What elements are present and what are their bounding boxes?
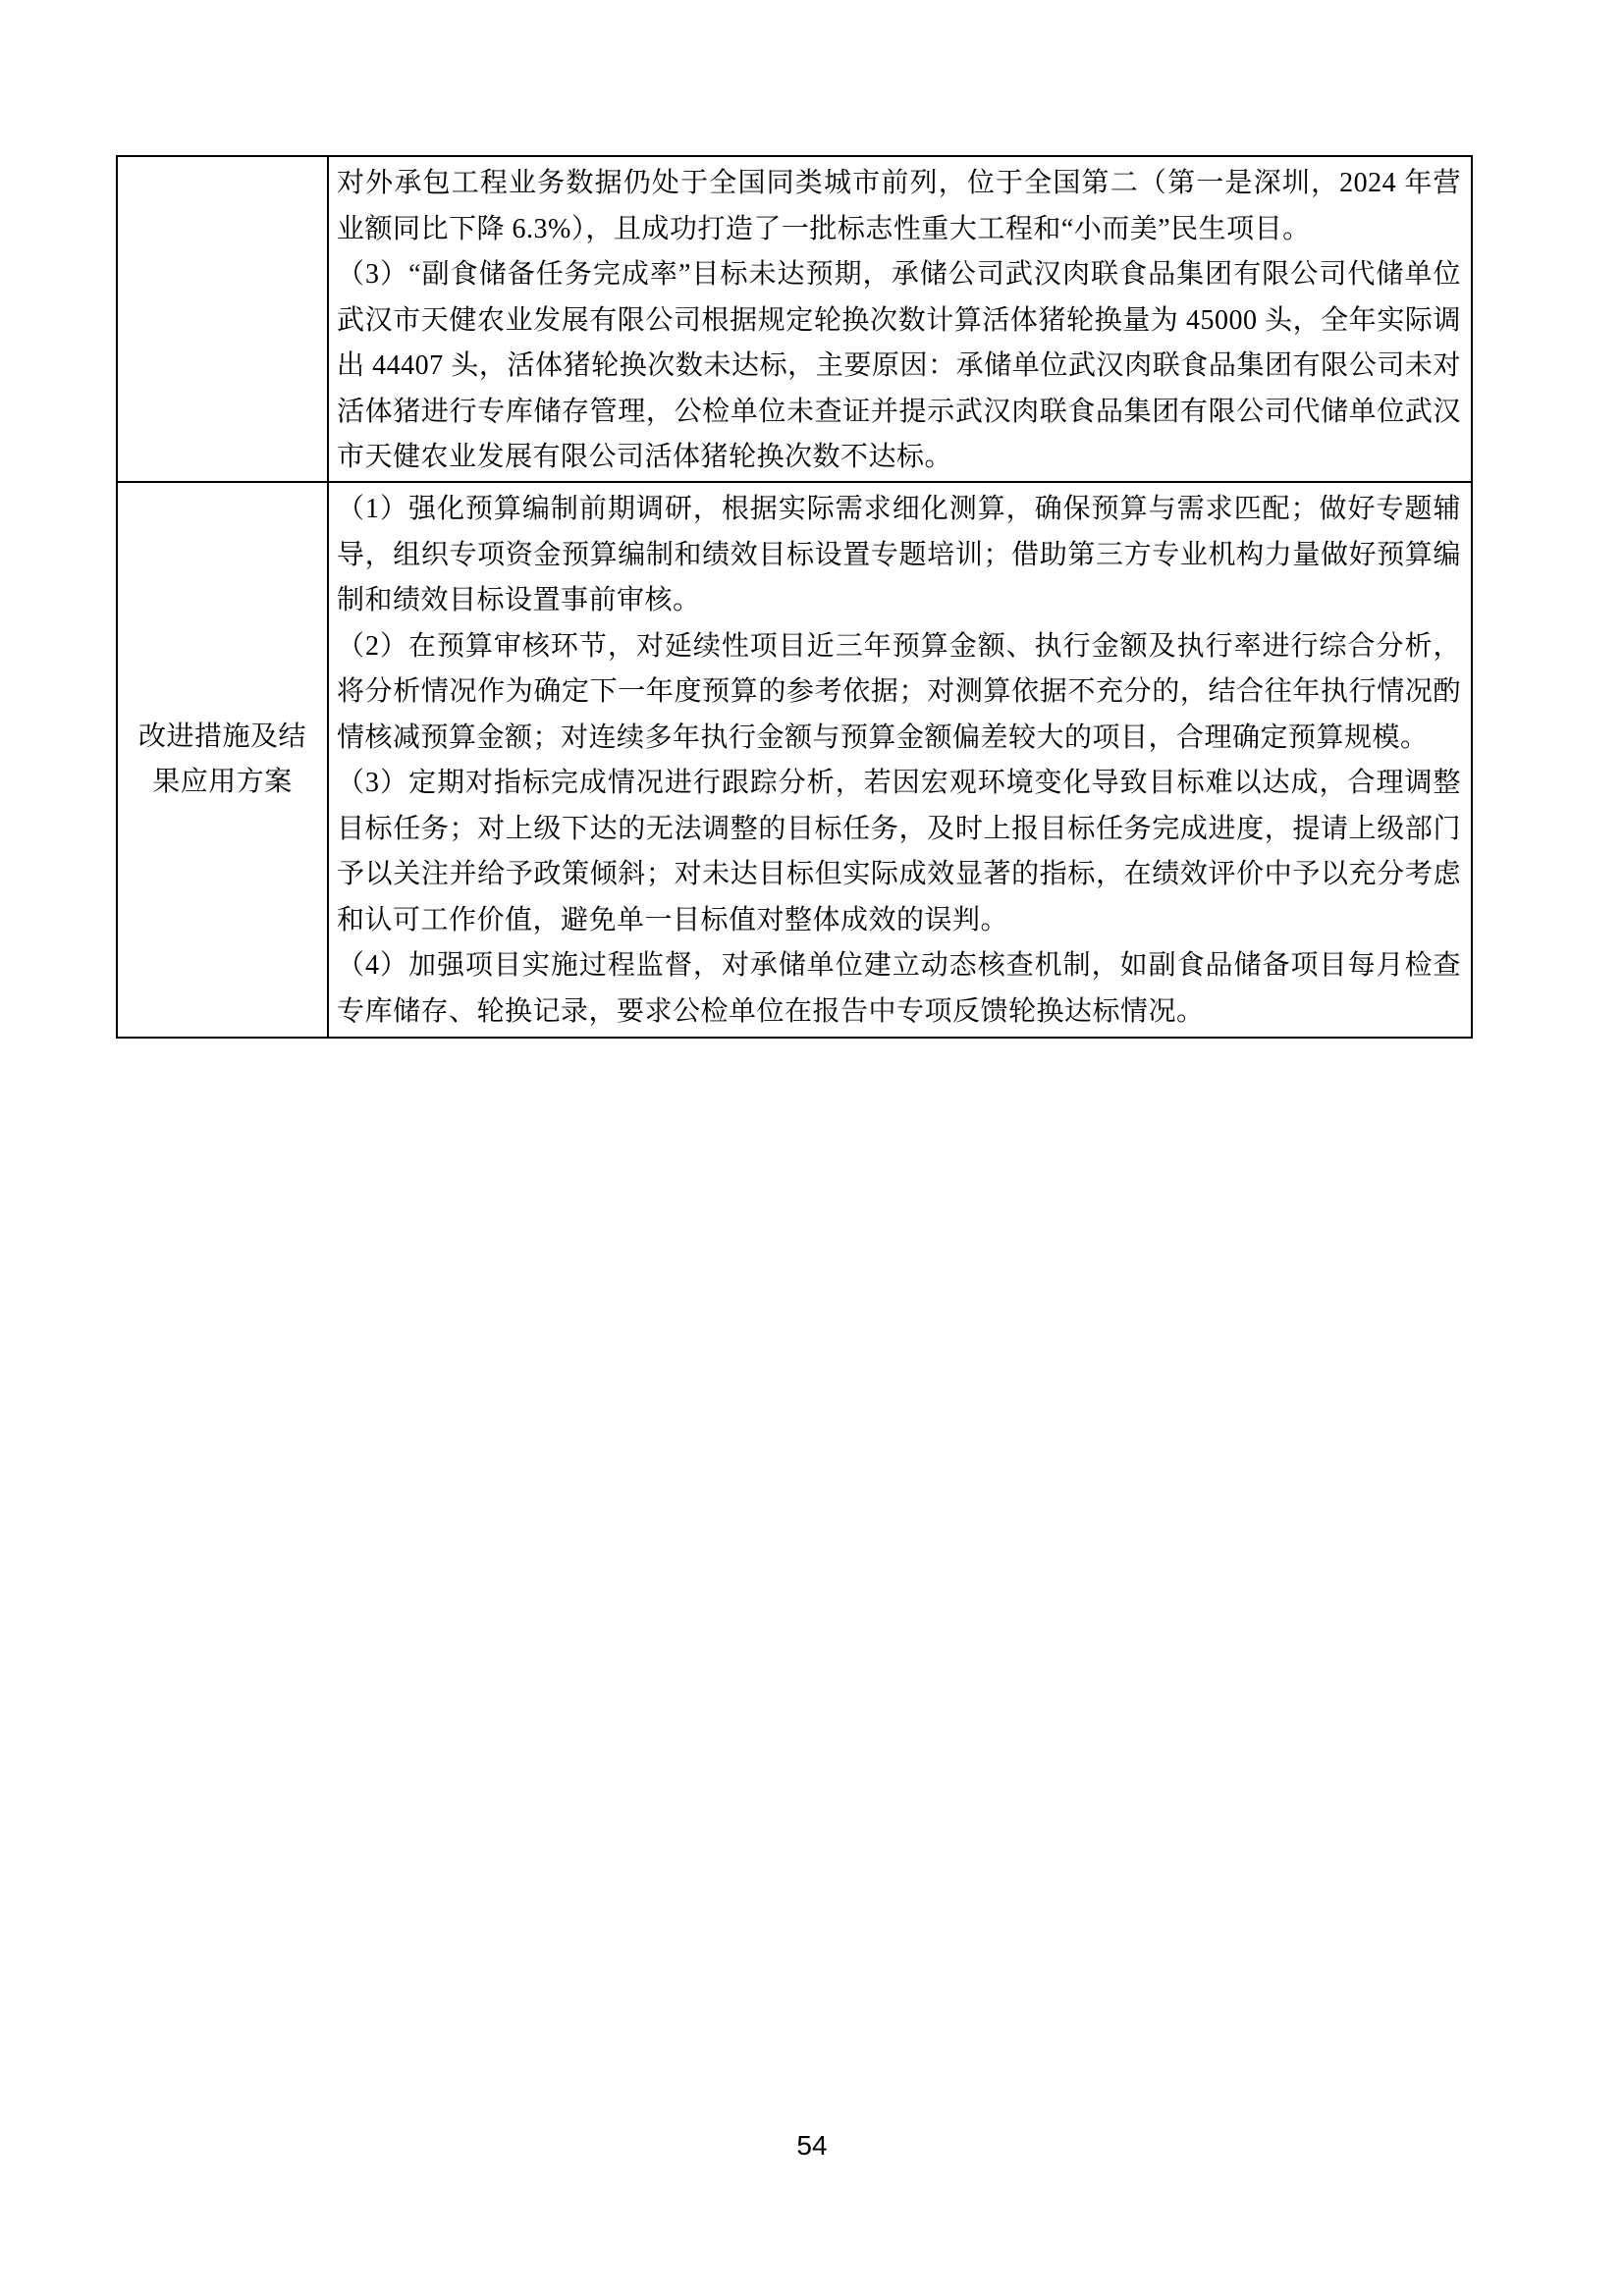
paragraph: （4）加强项目实施过程监督，对承储单位建立动态核查机制，如副食品储备项目每月检查… [337,943,1461,1035]
paragraph: （1）强化预算编制前期调研，根据实际需求细化测算，确保预算与需求匹配；做好专题辅… [337,487,1461,624]
document-page: 对外承包工程业务数据仍处于全国同类城市前列，位于全国第二（第一是深圳，2024 … [0,0,1624,2296]
row-content-cell: （1）强化预算编制前期调研，根据实际需求细化测算，确保预算与需求匹配；做好专题辅… [329,483,1471,1037]
paragraph: （3）“副食储备任务完成率”目标未达预期，承储公司武汉肉联食品集团有限公司代储单… [337,252,1461,481]
paragraph: （3）定期对指标完成情况进行跟踪分析，若因宏观环境变化导致目标难以达成，合理调整… [337,761,1461,943]
performance-evaluation-table: 对外承包工程业务数据仍处于全国同类城市前列，位于全国第二（第一是深圳，2024 … [116,155,1473,1039]
row-label-cell-empty [118,157,329,481]
row-content-cell: 对外承包工程业务数据仍处于全国同类城市前列，位于全国第二（第一是深圳，2024 … [329,157,1471,481]
paragraph: （2）在预算审核环节，对延续性项目近三年预算金额、执行金额及执行率进行综合分析，… [337,624,1461,762]
table-row-continuation: 对外承包工程业务数据仍处于全国同类城市前列，位于全国第二（第一是深圳，2024 … [118,157,1471,481]
row-label: 改进措施及结果应用方案 [137,715,308,806]
paragraph: 对外承包工程业务数据仍处于全国同类城市前列，位于全国第二（第一是深圳，2024 … [337,161,1461,252]
row-label-cell: 改进措施及结果应用方案 [118,483,329,1037]
table-row-improvement-measures: 改进措施及结果应用方案 （1）强化预算编制前期调研，根据实际需求细化测算，确保预… [118,481,1471,1037]
page-number: 54 [0,2132,1624,2160]
